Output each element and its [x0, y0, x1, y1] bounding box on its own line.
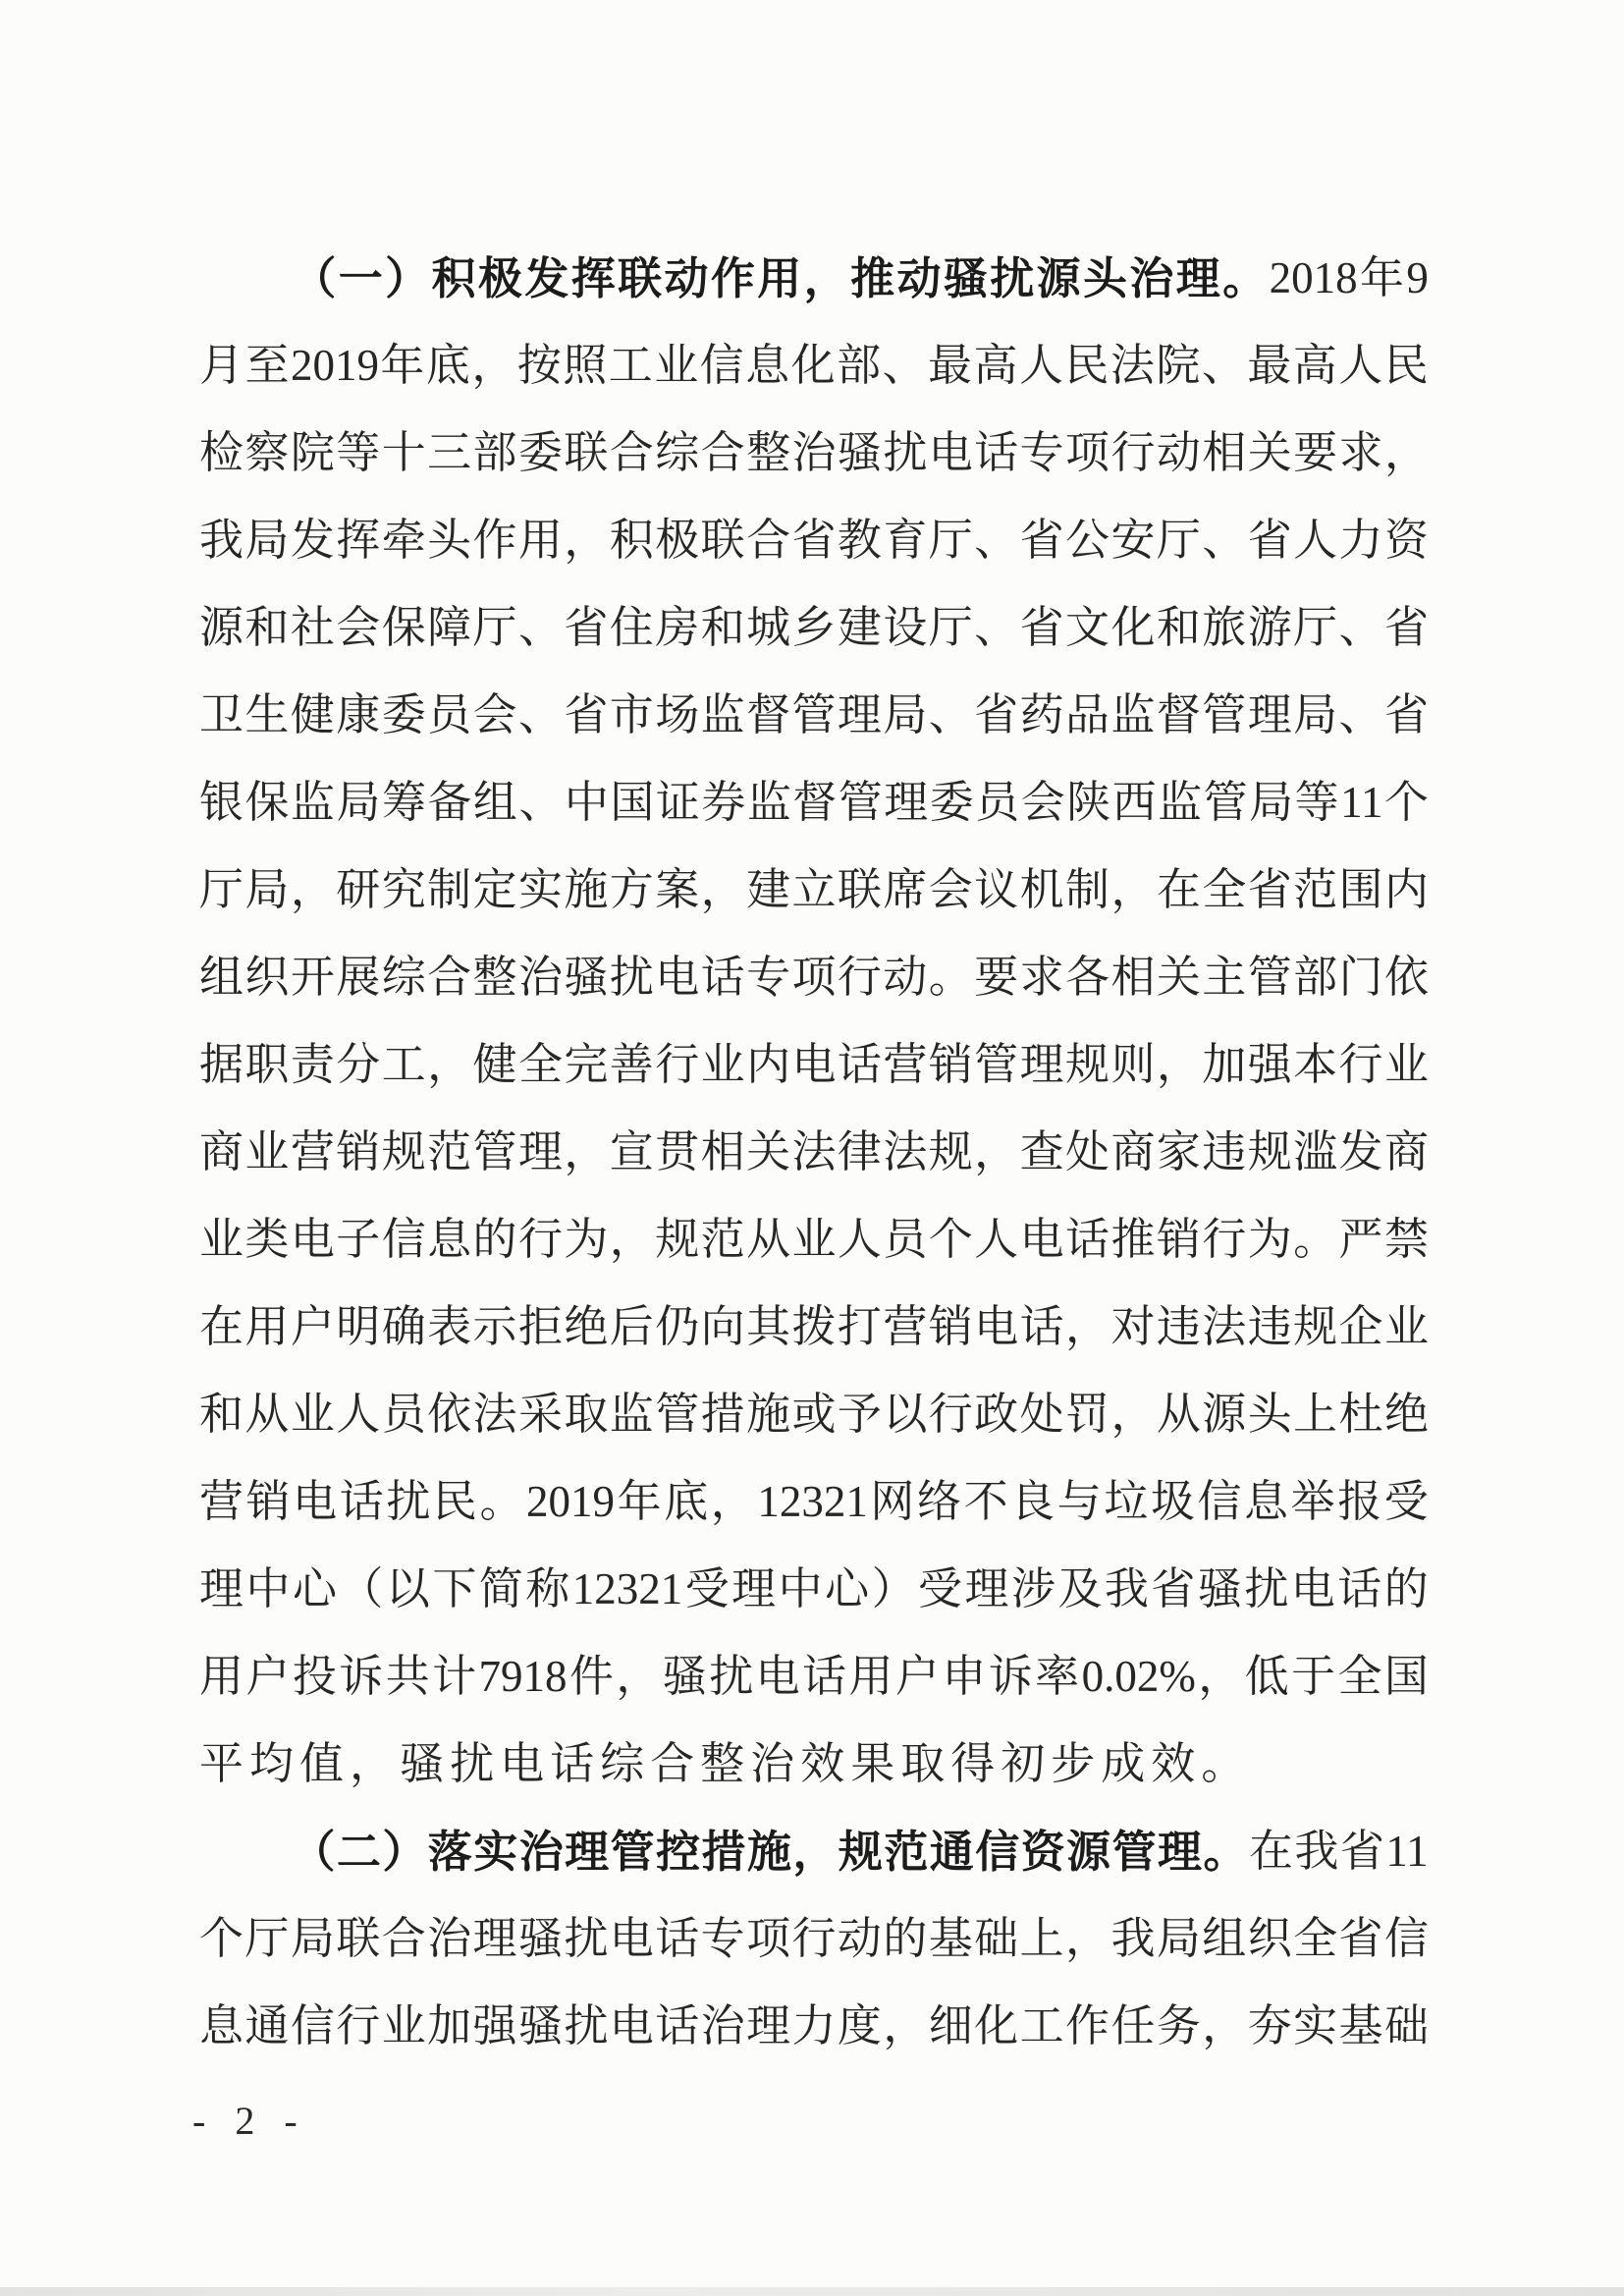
body-glyph: 会: [336, 606, 380, 650]
body-glyph: 规: [929, 1130, 973, 1175]
body-glyph: 责: [291, 1043, 335, 1087]
body-glyph: 内: [1384, 868, 1429, 912]
body-glyph: 仍: [655, 1305, 699, 1349]
body-glyph: 称: [525, 1567, 569, 1612]
body-glyph: 据: [199, 1043, 244, 1087]
body-glyph: 省: [1340, 1830, 1384, 1874]
body-glyph: 申: [942, 1655, 986, 1699]
body-glyph: 我: [1294, 1830, 1338, 1874]
body-glyph: 在: [1249, 1830, 1293, 1874]
body-glyph: 上: [1020, 1917, 1064, 1961]
heading-glyph: 头: [1083, 256, 1127, 301]
body-glyph: 行: [1202, 1218, 1246, 1262]
body-glyph: 人: [1019, 344, 1063, 388]
body-glyph: 础: [974, 1917, 1018, 1961]
body-glyph: 整: [746, 431, 790, 475]
body-glyph: 扰: [564, 1917, 608, 1961]
body-glyph: 从: [244, 1393, 289, 1437]
body-glyph: 良: [1010, 1480, 1055, 1524]
body-glyph: 联: [336, 1917, 380, 1961]
body-glyph: ，: [1384, 431, 1429, 475]
body-glyph: 中: [779, 1567, 823, 1612]
heading-glyph: （: [291, 1830, 335, 1874]
body-glyph: 2019: [526, 1480, 615, 1524]
body-glyph: 计: [432, 1655, 476, 1699]
body-glyph: 高: [1293, 344, 1337, 388]
text-line: 卫生健康委员会、省市场监督管理局、省药品监督管理局、省: [199, 672, 1429, 759]
body-glyph: 、: [974, 519, 1018, 563]
body-glyph: 查: [1020, 1130, 1064, 1175]
body-glyph: 本: [1293, 1043, 1337, 1087]
body-glyph: 圾: [1151, 1480, 1195, 1524]
body-glyph: 康: [336, 693, 380, 738]
body-glyph: 销: [929, 1043, 973, 1087]
body-glyph: 关: [1157, 956, 1201, 1000]
body-glyph: 销: [336, 1130, 380, 1175]
body-glyph: 投: [293, 1655, 337, 1699]
body-glyph: 乡: [791, 606, 836, 650]
body-glyph: 省: [1248, 868, 1292, 912]
body-glyph: 人: [336, 1393, 380, 1437]
body-glyph: 、: [518, 606, 563, 650]
body-glyph: 理: [473, 1917, 517, 1961]
body-glyph: 依: [1384, 956, 1429, 1000]
body-glyph: 督: [1157, 693, 1201, 738]
heading-glyph: 理: [565, 1830, 609, 1874]
body-glyph: 建: [838, 606, 882, 650]
body-glyph: 用: [199, 1655, 244, 1699]
body-glyph: 整: [700, 1742, 744, 1786]
body-glyph: 管: [1204, 781, 1248, 825]
body-glyph: 理: [731, 1567, 776, 1612]
body-glyph: 会: [929, 868, 973, 912]
body-glyph: 确: [382, 1305, 426, 1349]
body-glyph: 营: [291, 1130, 335, 1175]
body-glyph: 范: [701, 1218, 745, 1262]
heading-glyph: 落: [428, 1830, 472, 1874]
body-glyph: 受: [1384, 1480, 1429, 1524]
heading-glyph: 管: [611, 1830, 655, 1874]
text-line: 据职责分工，健全完善行业内电话营销管理规则，加强本行业: [199, 1021, 1429, 1109]
body-glyph: 础: [1384, 2004, 1429, 2049]
body-glyph: 违: [1202, 1130, 1246, 1175]
body-glyph: 资: [1384, 519, 1429, 563]
body-glyph: 育: [883, 519, 927, 563]
body-glyph: 强: [1248, 1043, 1292, 1087]
body-glyph: 局: [1157, 1917, 1201, 1961]
body-glyph: 厅: [929, 606, 973, 650]
body-glyph: 省: [1384, 693, 1429, 738]
body-glyph: ，: [1110, 1393, 1155, 1437]
body-glyph: 积: [610, 519, 654, 563]
text-line: 检察院等十三部委联合综合整治骚扰电话专项行动相关要求，: [199, 410, 1429, 497]
body-glyph: ，: [974, 1130, 1018, 1175]
body-glyph: 、: [1202, 519, 1246, 563]
body-glyph: 。: [1293, 1218, 1337, 1262]
heading-glyph: 。: [1204, 1830, 1248, 1874]
body-glyph: 业: [1384, 1043, 1429, 1087]
body-glyph: 户: [245, 1655, 290, 1699]
body-glyph: 率: [1035, 1655, 1079, 1699]
body-glyph: 均: [249, 1742, 294, 1786]
body-glyph: 头: [1248, 1393, 1292, 1437]
body-glyph: 基: [1339, 2004, 1383, 2049]
heading-glyph: 挥: [571, 256, 616, 301]
body-glyph: 网: [870, 1480, 914, 1524]
body-glyph: 滥: [1293, 1130, 1337, 1175]
body-glyph: 拒: [518, 1305, 563, 1349]
body-glyph: 平: [199, 1742, 244, 1786]
body-glyph: 旅: [1202, 606, 1246, 650]
body-glyph: 照: [563, 344, 607, 388]
heading-glyph: 推: [850, 256, 894, 301]
body-glyph: 保: [382, 606, 426, 650]
body-glyph: 文: [1065, 606, 1110, 650]
body-glyph: ，: [1202, 2004, 1246, 2049]
body-glyph: 部: [473, 431, 517, 475]
heading-glyph: ）: [382, 1830, 426, 1874]
body-glyph: 范: [427, 1130, 471, 1175]
body-glyph: 分: [336, 1043, 380, 1087]
heading-glyph: 信: [975, 1830, 1019, 1874]
body-glyph: 全: [1338, 1655, 1382, 1699]
body-glyph: 话: [838, 1043, 882, 1087]
body-glyph: 局: [883, 693, 927, 738]
body-glyph: 局: [244, 868, 289, 912]
body-glyph: 健: [473, 1043, 517, 1087]
body-glyph: 话: [701, 956, 745, 1000]
body-glyph: 扰: [564, 2004, 608, 2049]
body-glyph: 织: [244, 956, 289, 1000]
body-glyph: 法: [1202, 1305, 1246, 1349]
body-glyph: 公: [1065, 519, 1110, 563]
body-glyph: 专: [701, 1917, 745, 1961]
body-glyph: 得: [950, 1742, 995, 1786]
body-glyph: 管: [1202, 693, 1246, 738]
body-glyph: 工: [609, 344, 653, 388]
body-glyph: 管: [1248, 956, 1292, 1000]
body-glyph: 管: [791, 693, 836, 738]
heading-glyph: 源: [1037, 256, 1081, 301]
body-glyph: 。: [479, 1480, 523, 1524]
body-glyph: 管: [839, 781, 883, 825]
body-glyph: 、: [518, 693, 563, 738]
body-glyph: 中: [245, 1567, 290, 1612]
body-glyph: 行: [518, 1218, 563, 1262]
body-glyph: 人: [1293, 519, 1337, 563]
body-glyph: 低: [1245, 1655, 1289, 1699]
body-glyph: 织: [1248, 1917, 1292, 1961]
body-glyph: 年: [380, 344, 424, 388]
body-glyph: 9: [1406, 256, 1429, 301]
body-glyph: ，: [883, 2004, 927, 2049]
body-glyph: 方: [610, 868, 654, 912]
body-glyph: ，: [1198, 1655, 1242, 1699]
body-glyph: 完: [564, 1043, 608, 1087]
body-glyph: 挥: [336, 519, 380, 563]
text-line: 营销电话扰民。2019年底，12321网络不良与垃圾信息举报受: [199, 1458, 1429, 1546]
heading-glyph: 用: [757, 256, 801, 301]
body-glyph: 组: [473, 781, 517, 825]
body-glyph: ，: [1157, 1043, 1201, 1087]
body-glyph: 局: [244, 519, 289, 563]
body-glyph: 法: [791, 1130, 836, 1175]
body-glyph: 业: [199, 1218, 244, 1262]
body-glyph: 家: [1157, 1130, 1201, 1175]
body-glyph: 务: [1157, 2004, 1201, 2049]
heading-glyph: 源: [1066, 1830, 1110, 1874]
body-glyph: 、: [1202, 344, 1246, 388]
body-glyph: 的: [1384, 1567, 1429, 1612]
body-glyph: 定: [473, 868, 517, 912]
body-glyph: 11: [1385, 1830, 1428, 1874]
body-glyph: 子: [336, 1218, 380, 1262]
body-glyph: 行: [791, 1917, 836, 1961]
body-glyph: 底: [426, 344, 470, 388]
body-glyph: 专: [1020, 431, 1064, 475]
body-glyph: 推: [1110, 1218, 1155, 1262]
body-glyph: 建: [746, 868, 790, 912]
body-glyph: 律: [838, 1130, 882, 1175]
body-glyph: 强: [473, 2004, 517, 2049]
body-glyph: 备: [427, 781, 471, 825]
body-glyph: 专: [746, 956, 790, 1000]
body-glyph: 垃: [1104, 1480, 1148, 1524]
body-glyph: 我: [199, 519, 244, 563]
body-glyph: 健: [291, 693, 335, 738]
body-glyph: ，: [291, 868, 335, 912]
body-glyph: 治: [791, 431, 836, 475]
heading-glyph: ，: [792, 1830, 837, 1874]
body-glyph: 会: [1021, 781, 1065, 825]
body-glyph: 人: [1338, 344, 1382, 388]
body-glyph: 、: [1339, 693, 1383, 738]
body-glyph: 按: [517, 344, 562, 388]
body-glyph: 立: [791, 868, 836, 912]
body-glyph: 开: [291, 956, 335, 1000]
body-glyph: 涉: [1011, 1567, 1056, 1612]
body-glyph: 行: [336, 2004, 380, 2049]
body-glyph: 善: [610, 1043, 654, 1087]
body-glyph: 案: [655, 868, 699, 912]
body-glyph: 民: [1064, 344, 1109, 388]
body-glyph: 宣: [610, 1130, 654, 1175]
body-glyph: 受: [918, 1567, 962, 1612]
heading-glyph: 治: [1129, 256, 1173, 301]
body-glyph: 行: [1110, 431, 1155, 475]
body-glyph: 动: [1157, 431, 1201, 475]
body-glyph: 围: [1339, 868, 1383, 912]
body-glyph: 罚: [1065, 1393, 1110, 1437]
body-glyph: 我: [1110, 1917, 1155, 1961]
body-glyph: 整: [473, 956, 517, 1000]
body-glyph: 。: [929, 956, 973, 1000]
body-glyph: 房: [655, 606, 699, 650]
body-glyph: 力: [1339, 519, 1383, 563]
body-glyph: 电: [756, 1655, 800, 1699]
heading-glyph: 实: [473, 1830, 517, 1874]
body-glyph: 从: [1157, 1393, 1201, 1437]
body-glyph: 的: [473, 1218, 517, 1262]
body-glyph: 合: [382, 1917, 426, 1961]
body-glyph: 发: [1339, 1130, 1383, 1175]
body-glyph: 关: [746, 1130, 790, 1175]
body-glyph: 扰: [450, 1742, 494, 1786]
body-glyph: 省: [1384, 606, 1429, 650]
body-glyph: 处: [1020, 1393, 1064, 1437]
text-line: （二）落实治理管控措施，规范通信资源管理。在我省11: [199, 1808, 1429, 1895]
body-glyph: 诉: [339, 1655, 383, 1699]
heading-glyph: 极: [478, 256, 522, 301]
body-glyph: 人: [838, 1218, 882, 1262]
body-glyph: 法: [1110, 344, 1155, 388]
body-glyph: 效: [800, 1742, 844, 1786]
body-glyph: 个: [1384, 781, 1429, 825]
body-glyph: 证: [656, 781, 700, 825]
body-glyph: 话: [340, 1480, 384, 1524]
body-glyph: 果: [850, 1742, 894, 1786]
body-glyph: 委: [382, 693, 426, 738]
text-line: 息通信行业加强骚扰电话治理力度，细化工作任务，夯实基础: [199, 1983, 1429, 2070]
body-glyph: 取: [564, 1393, 608, 1437]
body-glyph: 最: [928, 344, 972, 388]
body-glyph: 监: [1110, 693, 1155, 738]
body-glyph: 省: [564, 693, 608, 738]
body-glyph: 电: [500, 1742, 544, 1786]
body-glyph: 示: [473, 1305, 517, 1349]
document-page: （一）积极发挥联动作用，推动骚扰源头治理。2018年9月至2019年底，按照工业…: [0, 0, 1624, 2296]
heading-glyph: 控: [656, 1830, 700, 1874]
body-glyph: ，: [1065, 1305, 1110, 1349]
body-glyph: 户: [895, 1655, 940, 1699]
body-glyph: 联: [838, 868, 882, 912]
body-glyph: 城: [746, 606, 790, 650]
body-glyph: 职: [244, 1043, 289, 1087]
body-glyph: 、: [518, 781, 563, 825]
body-glyph: 扰: [1244, 1567, 1288, 1612]
body-glyph: 究: [382, 868, 426, 912]
body-glyph: 夯: [1248, 2004, 1292, 2049]
body-glyph: 予: [838, 1393, 882, 1437]
body-glyph: 局: [336, 781, 380, 825]
body-glyph: ，: [1065, 1917, 1110, 1961]
body-glyph: 相: [701, 1130, 745, 1175]
body-glyph: 头: [427, 519, 471, 563]
body-glyph: 采: [518, 1393, 563, 1437]
body-glyph: 高: [973, 344, 1017, 388]
body-glyph: 作: [1065, 2004, 1110, 2049]
body-glyph: 理: [518, 1130, 563, 1175]
body-glyph: 骚: [518, 2004, 563, 2049]
body-glyph: 至: [244, 344, 289, 388]
body-glyph: 业: [1384, 1305, 1429, 1349]
body-glyph: 12321: [572, 1567, 683, 1612]
body-glyph: 市: [610, 693, 654, 738]
body-glyph: ，: [564, 519, 608, 563]
body-glyph: 实: [518, 868, 563, 912]
body-glyph: 向: [701, 1305, 745, 1349]
body-glyph: 求: [1339, 431, 1383, 475]
body-glyph: 在: [199, 1305, 244, 1349]
text-line: 平均值，骚扰电话综合整治效果取得初步成效。: [199, 1721, 1429, 1808]
body-glyph: 销: [246, 1480, 291, 1524]
body-glyph: 法: [883, 1130, 927, 1175]
body-glyph: 效: [1151, 1742, 1195, 1786]
body-glyph: 上: [1293, 1393, 1337, 1437]
body-glyph: 十: [382, 431, 426, 475]
body-glyph: 化: [1110, 606, 1155, 650]
body-glyph: 打: [838, 1305, 882, 1349]
body-glyph: 信: [291, 2004, 335, 2049]
body-glyph: ，: [471, 344, 515, 388]
body-glyph: 管: [655, 1393, 699, 1437]
body-glyph: 国: [610, 781, 654, 825]
body-glyph: 局: [1293, 693, 1337, 738]
body-glyph: 度: [838, 2004, 882, 2049]
body-glyph: 用: [244, 1305, 289, 1349]
body-glyph: 研: [336, 868, 380, 912]
body-glyph: 化: [974, 2004, 1018, 2049]
heading-glyph: 动: [665, 256, 709, 301]
body-glyph: 措: [701, 1393, 745, 1437]
body-glyph: 西: [1112, 781, 1157, 825]
body-glyph: 话: [802, 1655, 846, 1699]
body-glyph: ，: [616, 1655, 660, 1699]
body-glyph: 电: [929, 431, 973, 475]
body-glyph: 电: [610, 1917, 654, 1961]
heading-glyph: 资: [1021, 1830, 1065, 1874]
body-glyph: 下: [432, 1567, 476, 1612]
body-glyph: 诉: [989, 1655, 1033, 1699]
body-glyph: 合: [650, 1742, 694, 1786]
body-glyph: 综: [655, 431, 699, 475]
body-glyph: 电: [655, 956, 699, 1000]
body-glyph: 理: [1248, 693, 1292, 738]
body-glyph: 员: [382, 1393, 426, 1437]
body-glyph: 制: [1065, 868, 1110, 912]
body-glyph: 卫: [199, 693, 244, 738]
body-glyph: 理: [838, 693, 882, 738]
body-glyph: 省: [1151, 1567, 1195, 1612]
body-glyph: 年: [1360, 256, 1404, 301]
text-line: 和从业人员依法采取监管措施或予以行政处罚，从源头上杜绝: [199, 1371, 1429, 1458]
body-glyph: 合: [746, 519, 790, 563]
body-glyph: 治: [750, 1742, 794, 1786]
body-glyph: 行: [838, 956, 882, 1000]
body-glyph: 和: [701, 606, 745, 650]
body-glyph: 骚: [1198, 1567, 1242, 1612]
body-glyph: ，: [1110, 868, 1155, 912]
body-glyph: 成: [1101, 1742, 1145, 1786]
body-glyph: 项: [1065, 431, 1110, 475]
body-glyph: 话: [655, 1917, 699, 1961]
body-glyph: 骚: [663, 1655, 707, 1699]
body-glyph: 全: [518, 1043, 563, 1087]
body-glyph: 业: [291, 1393, 335, 1437]
body-glyph: 相: [1202, 431, 1246, 475]
body-glyph: 于: [1291, 1655, 1335, 1699]
body-glyph: 和: [199, 1393, 244, 1437]
body-glyph: 省: [791, 519, 836, 563]
body-glyph: 监: [610, 1393, 654, 1437]
body-glyph: 券: [701, 781, 745, 825]
body-glyph: 贯: [655, 1130, 699, 1175]
body-glyph: 业: [791, 1218, 836, 1262]
body-glyph: 业: [244, 1130, 289, 1175]
text-line: 业类电子信息的行为，规范从业人员个人电话推销行为。严禁: [199, 1196, 1429, 1284]
body-glyph: 综: [382, 956, 426, 1000]
body-glyph: 检: [199, 431, 244, 475]
